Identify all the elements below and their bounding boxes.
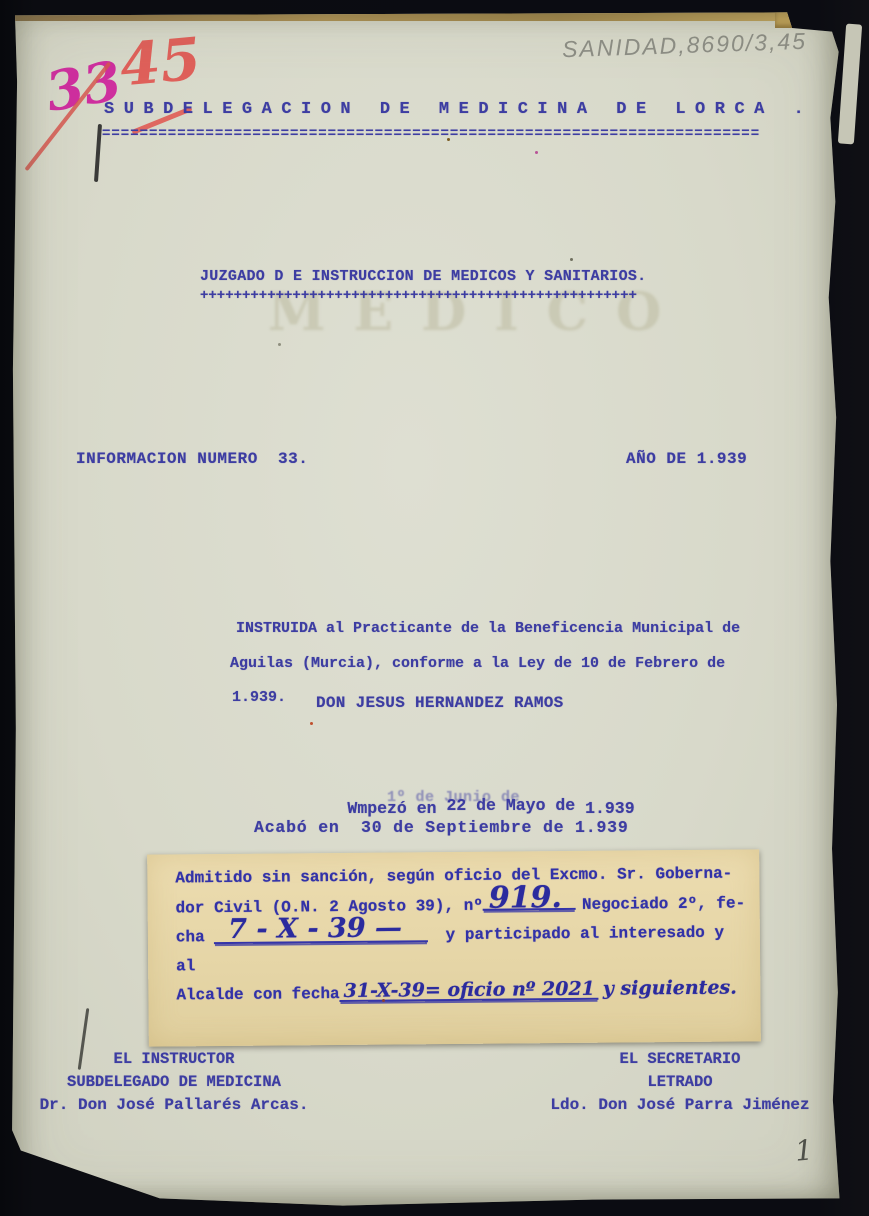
instructor-role-line2: SUBDELEGADO DE MEDICINA [36, 1071, 312, 1094]
instructor-signature-block: EL INSTRUCTOR SUBDELEGADO DE MEDICINA Dr… [36, 1048, 312, 1117]
curled-page-corner [838, 24, 862, 145]
note-line4-typed: Alcalde con fecha [176, 985, 339, 1004]
note-notify-suffix-handwritten: y siguientes. [599, 979, 741, 997]
document-sheet: 33 45 SANIDAD,8690/3,45 SUBDELEGACION DE… [10, 10, 842, 1208]
archive-reference-pencil: SANIDAD,8690/3,45 [562, 28, 808, 64]
secretary-role-line2: LETRADO [534, 1071, 826, 1094]
pasted-note-slip: Admitido sin sanción, según oficio del E… [147, 849, 761, 1046]
paper-specks [10, 10, 13, 13]
note-line1: Admitido sin sanción, según oficio del E… [175, 865, 732, 888]
note-notify-date-handwritten: 31-X-39= oficio nº 2021 [340, 981, 599, 1002]
scanned-document-page: 33 45 SANIDAD,8690/3,45 SUBDELEGACION DE… [0, 0, 869, 1216]
case-number: INFORMACION NUMERO 33. [76, 450, 308, 468]
court-heading-underline: ++++++++++++++++++++++++++++++++++++++++… [200, 288, 637, 304]
instructor-role-line1: EL INSTRUCTOR [36, 1048, 312, 1071]
note-line2-typed-end: Negociado 2º, fe- [582, 894, 745, 913]
case-year: AÑO DE 1.939 [626, 450, 747, 468]
overtyped-ghost-text: 1º de Junio de [387, 789, 520, 806]
body-paragraph-line2: Aguilas (Murcia), conforme a la Ley de 1… [230, 655, 725, 672]
body-paragraph-line1: INSTRUIDA al Practicante de la Beneficen… [236, 620, 740, 637]
end-date-line: Acabó en 30 de Septiembre de 1.939 [254, 818, 629, 837]
instructor-name: Dr. Don José Pallarés Arcas. [36, 1094, 312, 1117]
letterhead-underline: ========================================… [102, 126, 760, 142]
secretary-signature-block: EL SECRETARIO LETRADO Ldo. Don José Parr… [534, 1048, 826, 1117]
secretary-role-line1: EL SECRETARIO [534, 1048, 826, 1071]
letterhead-title: SUBDELEGACION DE MEDICINA DE LORCA . [104, 100, 813, 119]
secretary-name: Ldo. Don José Parra Jiménez [534, 1094, 826, 1117]
binding-strip [10, 10, 842, 21]
renumber-annotation: 45 [117, 25, 203, 100]
note-line3-typed: cha [176, 928, 215, 946]
ink-tally-mark [94, 124, 102, 182]
subject-name: DON JESUS HERNANDEZ RAMOS [316, 694, 564, 712]
note-number-handwritten: 919. [483, 888, 576, 911]
body-paragraph-line3: 1.939. [232, 689, 286, 706]
court-heading: JUZGADO D E INSTRUCCION DE MEDICOS Y SAN… [200, 268, 646, 285]
start-date-year: 1.939 [575, 799, 634, 818]
note-date-handwritten: 7 - X - 39 — [214, 918, 428, 944]
folio-number-pencil: 1 [794, 1133, 815, 1167]
binding-tab [775, 10, 817, 28]
note-text: Admitido sin sanción, según oficio del E… [175, 859, 746, 1010]
